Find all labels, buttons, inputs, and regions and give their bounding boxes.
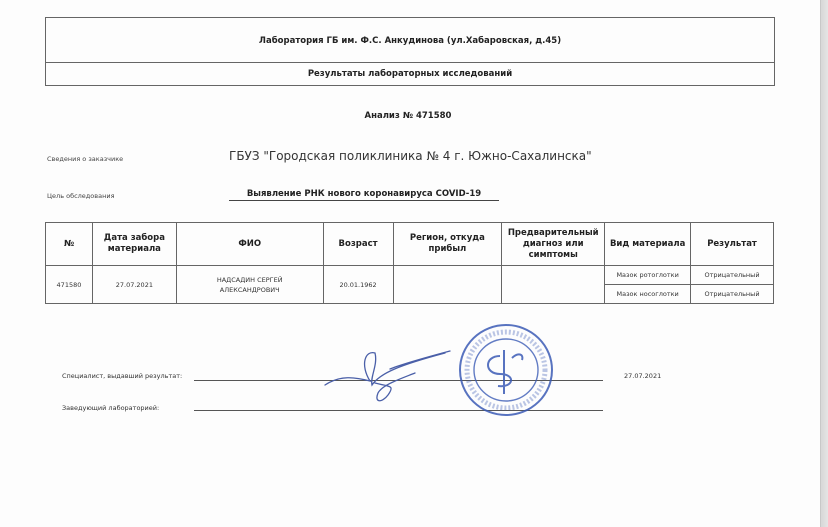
- cell-region: [393, 266, 502, 304]
- cell-result-2: Отрицательный: [691, 285, 774, 304]
- analysis-number: Анализ № 471580: [0, 111, 820, 121]
- header-material: Вид материала: [605, 223, 691, 266]
- header-region: Регион, откуда прибыл: [393, 223, 502, 266]
- signature-icon: [320, 345, 460, 405]
- stamp-icon: [456, 322, 556, 418]
- header-name: ФИО: [176, 223, 323, 266]
- document-page: Лаборатория ГБ им. Ф.С. Анкудинова (ул.Х…: [0, 0, 820, 527]
- table-row: 471580 27.07.2021 НАДСАДИН СЕРГЕЙ АЛЕКСА…: [46, 266, 774, 285]
- cell-age: 20.01.1962: [323, 266, 393, 304]
- header-age: Возраст: [323, 223, 393, 266]
- header-diagnosis: Предварительный диагноз или симптомы: [502, 223, 605, 266]
- lab-name: Лаборатория ГБ им. Ф.С. Анкудинова (ул.Х…: [46, 18, 774, 63]
- head-label: Заведующий лабораторией:: [62, 404, 159, 412]
- purpose-value: Выявление РНК нового коронавируса COVID-…: [229, 189, 499, 201]
- document-title: Результаты лабораторных исследований: [46, 63, 774, 85]
- specialist-label: Специалист, выдавший результат:: [62, 372, 182, 380]
- cell-date: 27.07.2021: [92, 266, 176, 304]
- specialist-date: 27.07.2021: [624, 372, 661, 380]
- header-number: №: [46, 223, 93, 266]
- cell-diagnosis: [502, 266, 605, 304]
- table-header-row: № Дата забора материала ФИО Возраст Реги…: [46, 223, 774, 266]
- header-result: Результат: [691, 223, 774, 266]
- cell-name: НАДСАДИН СЕРГЕЙ АЛЕКСАНДРОВИЧ: [176, 266, 323, 304]
- results-table: № Дата забора материала ФИО Возраст Реги…: [45, 222, 774, 304]
- header-date: Дата забора материала: [92, 223, 176, 266]
- cell-material-1: Мазок ротоглотки: [605, 266, 691, 285]
- customer-value: ГБУЗ "Городская поликлиника № 4 г. Южно-…: [229, 149, 592, 163]
- cell-number: 471580: [46, 266, 93, 304]
- cell-result-1: Отрицательный: [691, 266, 774, 285]
- purpose-label: Цель обследования: [47, 192, 114, 200]
- page-edge: [820, 0, 828, 527]
- document-header: Лаборатория ГБ им. Ф.С. Анкудинова (ул.Х…: [45, 17, 775, 86]
- customer-label: Сведения о заказчике: [47, 155, 123, 163]
- cell-material-2: Мазок носоглотки: [605, 285, 691, 304]
